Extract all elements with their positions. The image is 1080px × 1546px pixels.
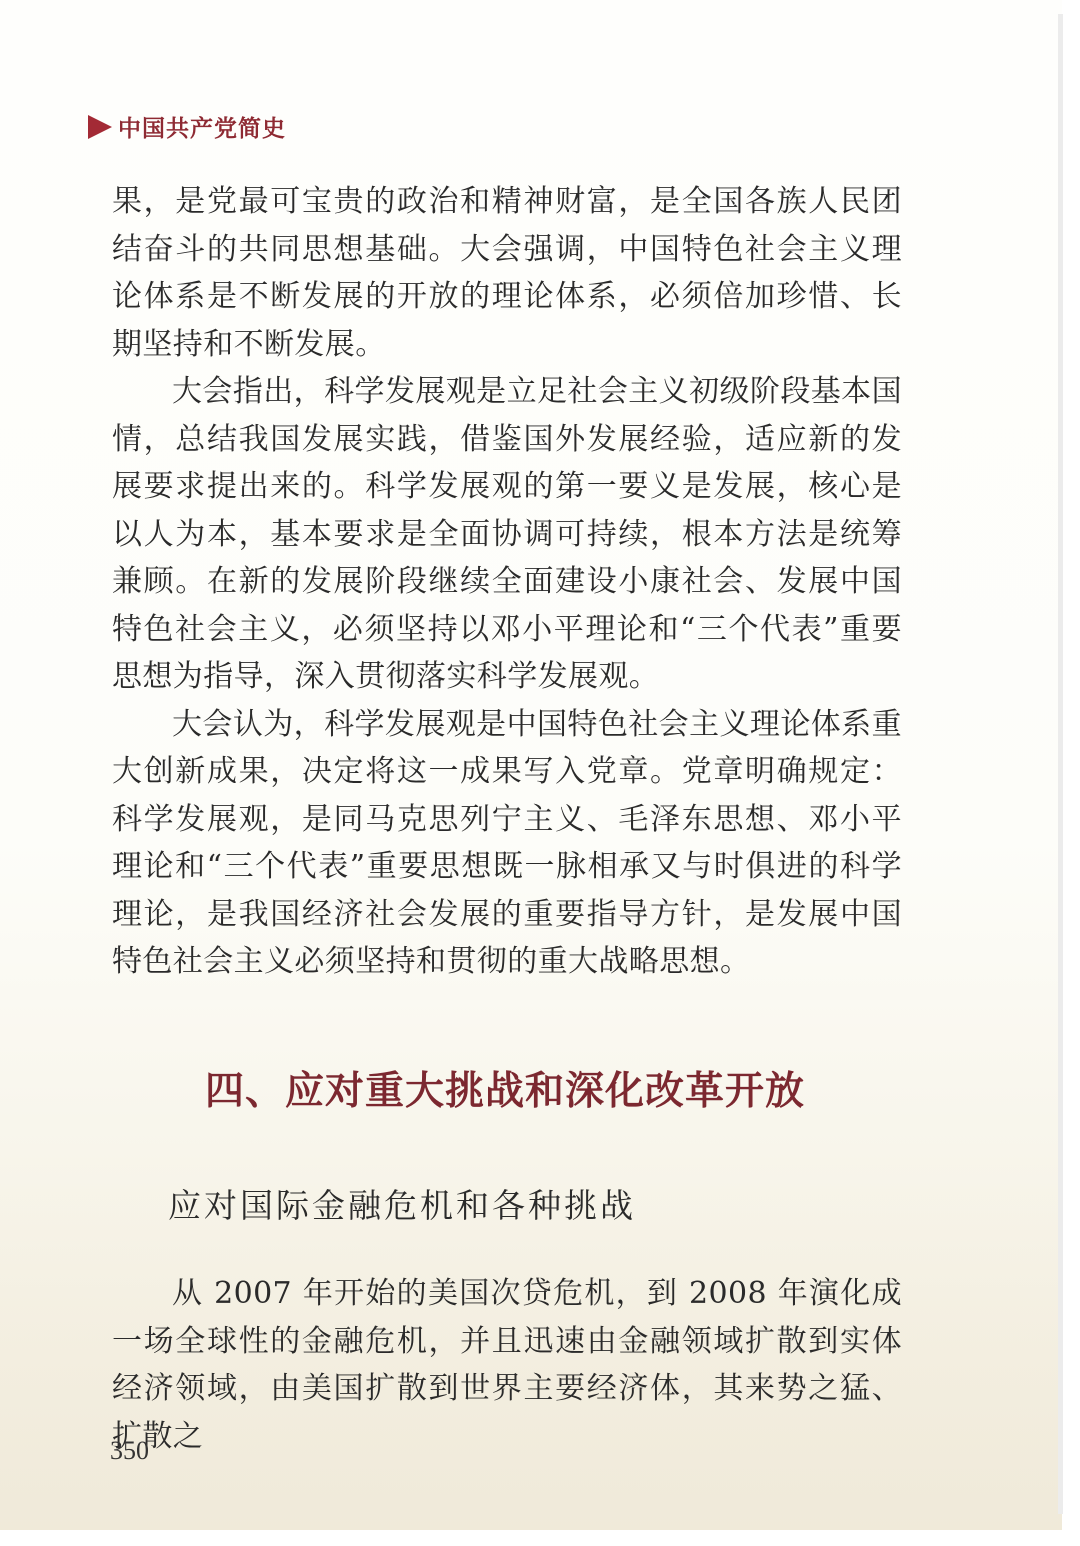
paragraph-party-constitution: 大会认为，科学发展观是中国特色社会主义理论体系重大创新成果，决定将这一成果写入党…	[112, 701, 902, 986]
section-heading: 四、应对重大挑战和深化改革开放	[0, 1060, 1010, 1116]
page-number: 350	[110, 1436, 149, 1466]
running-header: 中国共产党简史	[88, 110, 286, 143]
subsection-heading: 应对国际金融危机和各种挑战	[168, 1180, 636, 1227]
triangle-right-icon	[88, 115, 112, 139]
paragraph-scientific-outlook: 大会指出，科学发展观是立足社会主义初级阶段基本国情，总结我国发展实践，借鉴国外发…	[112, 368, 902, 701]
paragraph-financial-crisis: 从 2007 年开始的美国次贷危机，到 2008 年演化成一场全球性的金融危机，…	[112, 1270, 902, 1460]
book-page: 中国共产党简史 果，是党最可宝贵的政治和精神财富，是全国各族人民团结奋斗的共同思…	[0, 0, 1062, 1530]
body-text-block-1: 果，是党最可宝贵的政治和精神财富，是全国各族人民团结奋斗的共同思想基础。大会强调…	[112, 178, 902, 986]
body-text-block-2: 从 2007 年开始的美国次贷危机，到 2008 年演化成一场全球性的金融危机，…	[112, 1270, 902, 1460]
page-edge	[1058, 14, 1063, 1514]
book-title: 中国共产党简史	[118, 110, 286, 143]
paragraph-continued: 果，是党最可宝贵的政治和精神财富，是全国各族人民团结奋斗的共同思想基础。大会强调…	[112, 178, 902, 368]
